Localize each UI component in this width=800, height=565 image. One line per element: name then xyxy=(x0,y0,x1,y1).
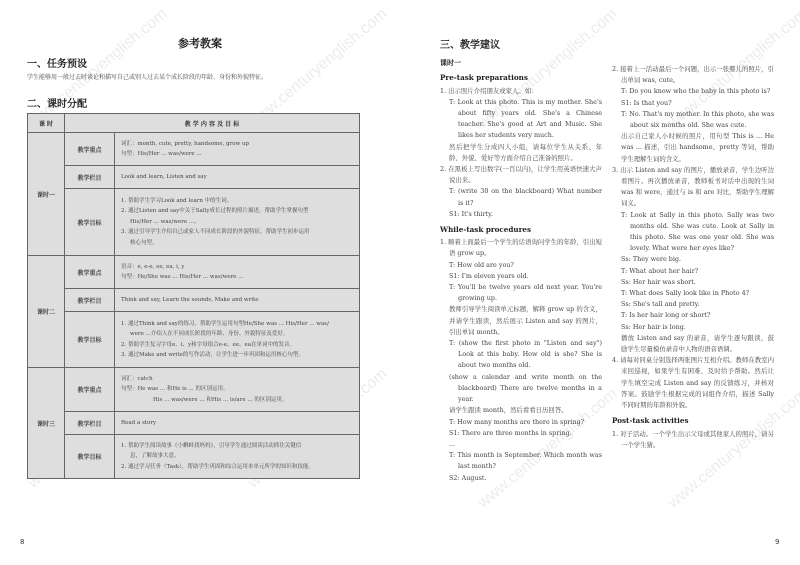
dialog-line: T: How many months are there in spring? xyxy=(440,417,602,428)
section-heading-teaching-suggestions: 三、教学建议 xyxy=(440,40,602,51)
table-row: 课时三 教学重点 词汇：catch 句型：He was ... 和He is .… xyxy=(28,368,360,412)
dialog-line: S1: There are three months in spring. xyxy=(440,428,602,439)
content-line: 2. 通过Listen and say中关于Sally成长过程的照片描述，帮助学… xyxy=(121,206,353,217)
category-label: 教学栏目 xyxy=(65,289,115,312)
content-cell: Look and learn, Listen and say xyxy=(115,166,360,189)
section-heading-task-preset: 一、任务预设 xyxy=(27,55,87,70)
dialog-line: T: What about her hair? xyxy=(612,266,774,277)
content-line: 句型：His/Her ... was/were ... xyxy=(121,149,353,160)
content-cell: 词汇：month, cute, pretty, handsome, grow u… xyxy=(115,133,360,166)
dialog-line: Ss: Her hair was short. xyxy=(612,277,774,288)
content-line: Read a story xyxy=(121,418,353,429)
table-header-content: 教 学 内 容 及 目 标 xyxy=(65,114,360,133)
content-cell: Read a story xyxy=(115,412,360,435)
content-line: 核心句型。 xyxy=(121,238,353,249)
table-row: 教学栏目 Look and learn, Listen and say xyxy=(28,166,360,189)
heading-pre-task: Pre-task preparations xyxy=(440,72,602,83)
table-row: 教学目标 1. 帮助学生阅读故事《小蝌蚪找妈妈》，引导学生通过阅读活动抓住关键信… xyxy=(28,435,360,479)
table-row: 教学目标 1. 帮助学生学习Look and learn 中的生词。 2. 通过… xyxy=(28,189,360,256)
content-line: 1. 通过Think and say的练习，帮助学生运用句型He/She was… xyxy=(121,319,353,330)
content-line: 3. 通过Make and write的写作活动，让学生进一步巩固和运用核心句型… xyxy=(121,350,353,361)
list-item: 2. 在黑板上写出数字(一百以内)，让学生用英语快速大声说出来。 xyxy=(440,164,602,186)
content-line: 句型：He/She was ... His/Her ... was/were .… xyxy=(121,272,353,283)
category-label: 教学重点 xyxy=(65,368,115,412)
dialog-line: S2: August. xyxy=(440,473,602,484)
content-line: His/Her ... was/were ...。 xyxy=(121,217,353,228)
content-cell: 语音：e, e-e, ee, ea, i, y 句型：He/She was ..… xyxy=(115,256,360,289)
table-row: 教学目标 1. 通过Think and say的练习，帮助学生运用句型He/Sh… xyxy=(28,312,360,368)
section-body-task-preset: 学生能够用一般过去时谈论和描写自己或别人过去某个成长阶段的年龄、身份和外貌特征。 xyxy=(27,72,367,81)
content-line: were ...介绍人在不同成长阶段的年龄、身份、外貌特征及爱好。 xyxy=(121,329,353,340)
list-item: 4. 请每对同桌分别选择两张图片互相介绍。教师在教室内来回巡视，如果学生有困难，… xyxy=(612,355,774,411)
dialog-line: T: Look at Sally in this photo. Sally wa… xyxy=(612,210,774,255)
dialog-line: ... xyxy=(440,439,602,450)
document-title: 参考教案 xyxy=(0,35,400,51)
content-line: 语音：e, e-e, ee, ea, i, y xyxy=(121,262,353,273)
period-label: 课时三 xyxy=(28,368,65,479)
dialog-line: Ss: She's tall and pretty. xyxy=(612,299,774,310)
category-label: 教学目标 xyxy=(65,189,115,256)
dialog-line: Ss: Her hair is long. xyxy=(612,322,774,333)
table-row: 课时一 教学重点 词汇：month, cute, pretty, handsom… xyxy=(28,133,360,166)
content-line: 1. 帮助学生学习Look and learn 中的生词。 xyxy=(121,196,353,207)
content-cell: Think and say, Learn the sounds, Make an… xyxy=(115,289,360,312)
content-line: 2. 通过学习任务（Task），帮助学生巩固和综合运用本单元所学的知识和技能。 xyxy=(121,462,353,473)
category-label: 教学重点 xyxy=(65,133,115,166)
dialog-line: (show a calendar and write month on the … xyxy=(440,372,602,406)
lesson-plan-table: 课 时 教 学 内 容 及 目 标 课时一 教学重点 词汇：month, cut… xyxy=(27,113,360,479)
dialog-line: S1: It's thirty. xyxy=(440,209,602,220)
category-label: 教学目标 xyxy=(65,435,115,479)
paragraph: 播放 Listen and say 的录音，请学生逐句跟读，鼓励学生尽量模仿录音… xyxy=(612,333,774,355)
content-line: 1. 帮助学生阅读故事《小蝌蚪找妈妈》，引导学生通过阅读活动抓住关键信 xyxy=(121,441,353,452)
content-line: Think and say, Learn the sounds, Make an… xyxy=(121,295,353,306)
dialog-line: S1: Is that you? xyxy=(612,98,774,109)
page-number: 9 xyxy=(775,538,779,546)
content-line: 息，了解故事大意。 xyxy=(121,451,353,462)
dialog-line: T: Look at this photo. This is my mother… xyxy=(440,97,602,142)
content-line: His ... was/were ... 和His ... is/are ...… xyxy=(121,395,353,406)
list-item: 3. 出示 Listen and say 的图片，播放录音，学生边听边看图片。再… xyxy=(612,165,774,210)
content-cell: 1. 帮助学生阅读故事《小蝌蚪找妈妈》，引导学生通过阅读活动抓住关键信 息，了解… xyxy=(115,435,360,479)
list-item: 1. 出示照片介绍朋友或家人。如： xyxy=(440,86,602,97)
dialog-line: T: No. That's my mother. In this photo, … xyxy=(612,109,774,131)
dialog-line: T: You'll be twelve years old next year.… xyxy=(440,282,602,304)
content-cell: 1. 通过Think and say的练习，帮助学生运用句型He/She was… xyxy=(115,312,360,368)
table-header-period: 课 时 xyxy=(28,114,65,133)
table-row: 教学栏目 Read a story xyxy=(28,412,360,435)
left-page: www.centuryenglish.com www.centuryenglis… xyxy=(0,0,400,565)
dialog-line: T: Is her hair long or short? xyxy=(612,310,774,321)
period-label: 课时二 xyxy=(28,256,65,368)
paragraph: 然后把学生分成四人小组，请每位学生从关系、年龄、外貌、爱好等方面介绍自己准备的照… xyxy=(440,142,602,164)
category-label: 教学目标 xyxy=(65,312,115,368)
dialog-line: Ss: They were big. xyxy=(612,254,774,265)
dialog-line: T: What does Sally look like in Photo 4? xyxy=(612,288,774,299)
dialog-line: T: How old are you? xyxy=(440,260,602,271)
dialog-line: S1: I'm eleven years old. xyxy=(440,271,602,282)
period-label: 课时一 xyxy=(28,133,65,256)
paragraph: 出示自己家人小时候的照片，用句型 This is ... He was ... … xyxy=(612,131,774,165)
right-column-a: 三、教学建议 课时一 Pre-task preparations 1. 出示照片… xyxy=(440,40,602,484)
content-line: 2. 帮助学生复习字母e、i、y和字母组合e-e、ee、ea在单词中的发音。 xyxy=(121,340,353,351)
content-line: 词汇：catch xyxy=(121,374,353,385)
content-cell: 词汇：catch 句型：He was ... 和He is ... 的区别运用。… xyxy=(115,368,360,412)
right-column-b: 2. 接着上一活动最后一个问题，出示一张婴儿的照片，引出单词 was, cute… xyxy=(612,64,774,451)
category-label: 教学栏目 xyxy=(65,166,115,189)
section-heading-period-allocation: 二、课时分配 xyxy=(27,95,87,110)
content-line: 词汇：month, cute, pretty, handsome, grow u… xyxy=(121,139,353,150)
content-line: Look and learn, Listen and say xyxy=(121,172,353,183)
table-header-row: 课 时 教 学 内 容 及 目 标 xyxy=(28,114,360,133)
table-row: 教学栏目 Think and say, Learn the sounds, Ma… xyxy=(28,289,360,312)
heading-while-task: While-task procedures xyxy=(440,224,602,235)
paragraph: 请学生跟读 month，然后看看日历回答。 xyxy=(440,405,602,416)
list-item: 1. 对子活动。一个学生出示父母或其他家人的照片，请另一个学生猜。 xyxy=(612,429,774,451)
category-label: 教学重点 xyxy=(65,256,115,289)
heading-post-task: Post-task activities xyxy=(612,415,774,426)
period-label: 课时一 xyxy=(440,57,602,68)
table-row: 课时二 教学重点 语音：e, e-e, ee, ea, i, y 句型：He/S… xyxy=(28,256,360,289)
dialog-line: T: (write 30 on the blackboard) What num… xyxy=(440,186,602,208)
list-item: 2. 接着上一活动最后一个问题，出示一张婴儿的照片，引出单词 was, cute… xyxy=(612,64,774,86)
list-item: 1. 顺着上面最后一个学生的话语询问学生的年龄，引出短语 grow up。 xyxy=(440,237,602,259)
paragraph: 教师引导学生阅读单元标题，解释 grow up 的含义，并请学生跟读，然后展示 … xyxy=(440,304,602,338)
dialog-line: T: Do you know who the baby in this phot… xyxy=(612,86,774,97)
content-line: 3. 通过引导学生介绍自己或家人不同成长阶段的外貌特征，帮助学生初步运用 xyxy=(121,227,353,238)
content-cell: 1. 帮助学生学习Look and learn 中的生词。 2. 通过Liste… xyxy=(115,189,360,256)
category-label: 教学栏目 xyxy=(65,412,115,435)
content-line: 句型：He was ... 和He is ... 的区别运用。 xyxy=(121,384,353,395)
dialog-line: T: (show the first photo in "Listen and … xyxy=(440,338,602,372)
page-number: 8 xyxy=(20,538,24,546)
dialog-line: T: This month is September. Which month … xyxy=(440,450,602,472)
